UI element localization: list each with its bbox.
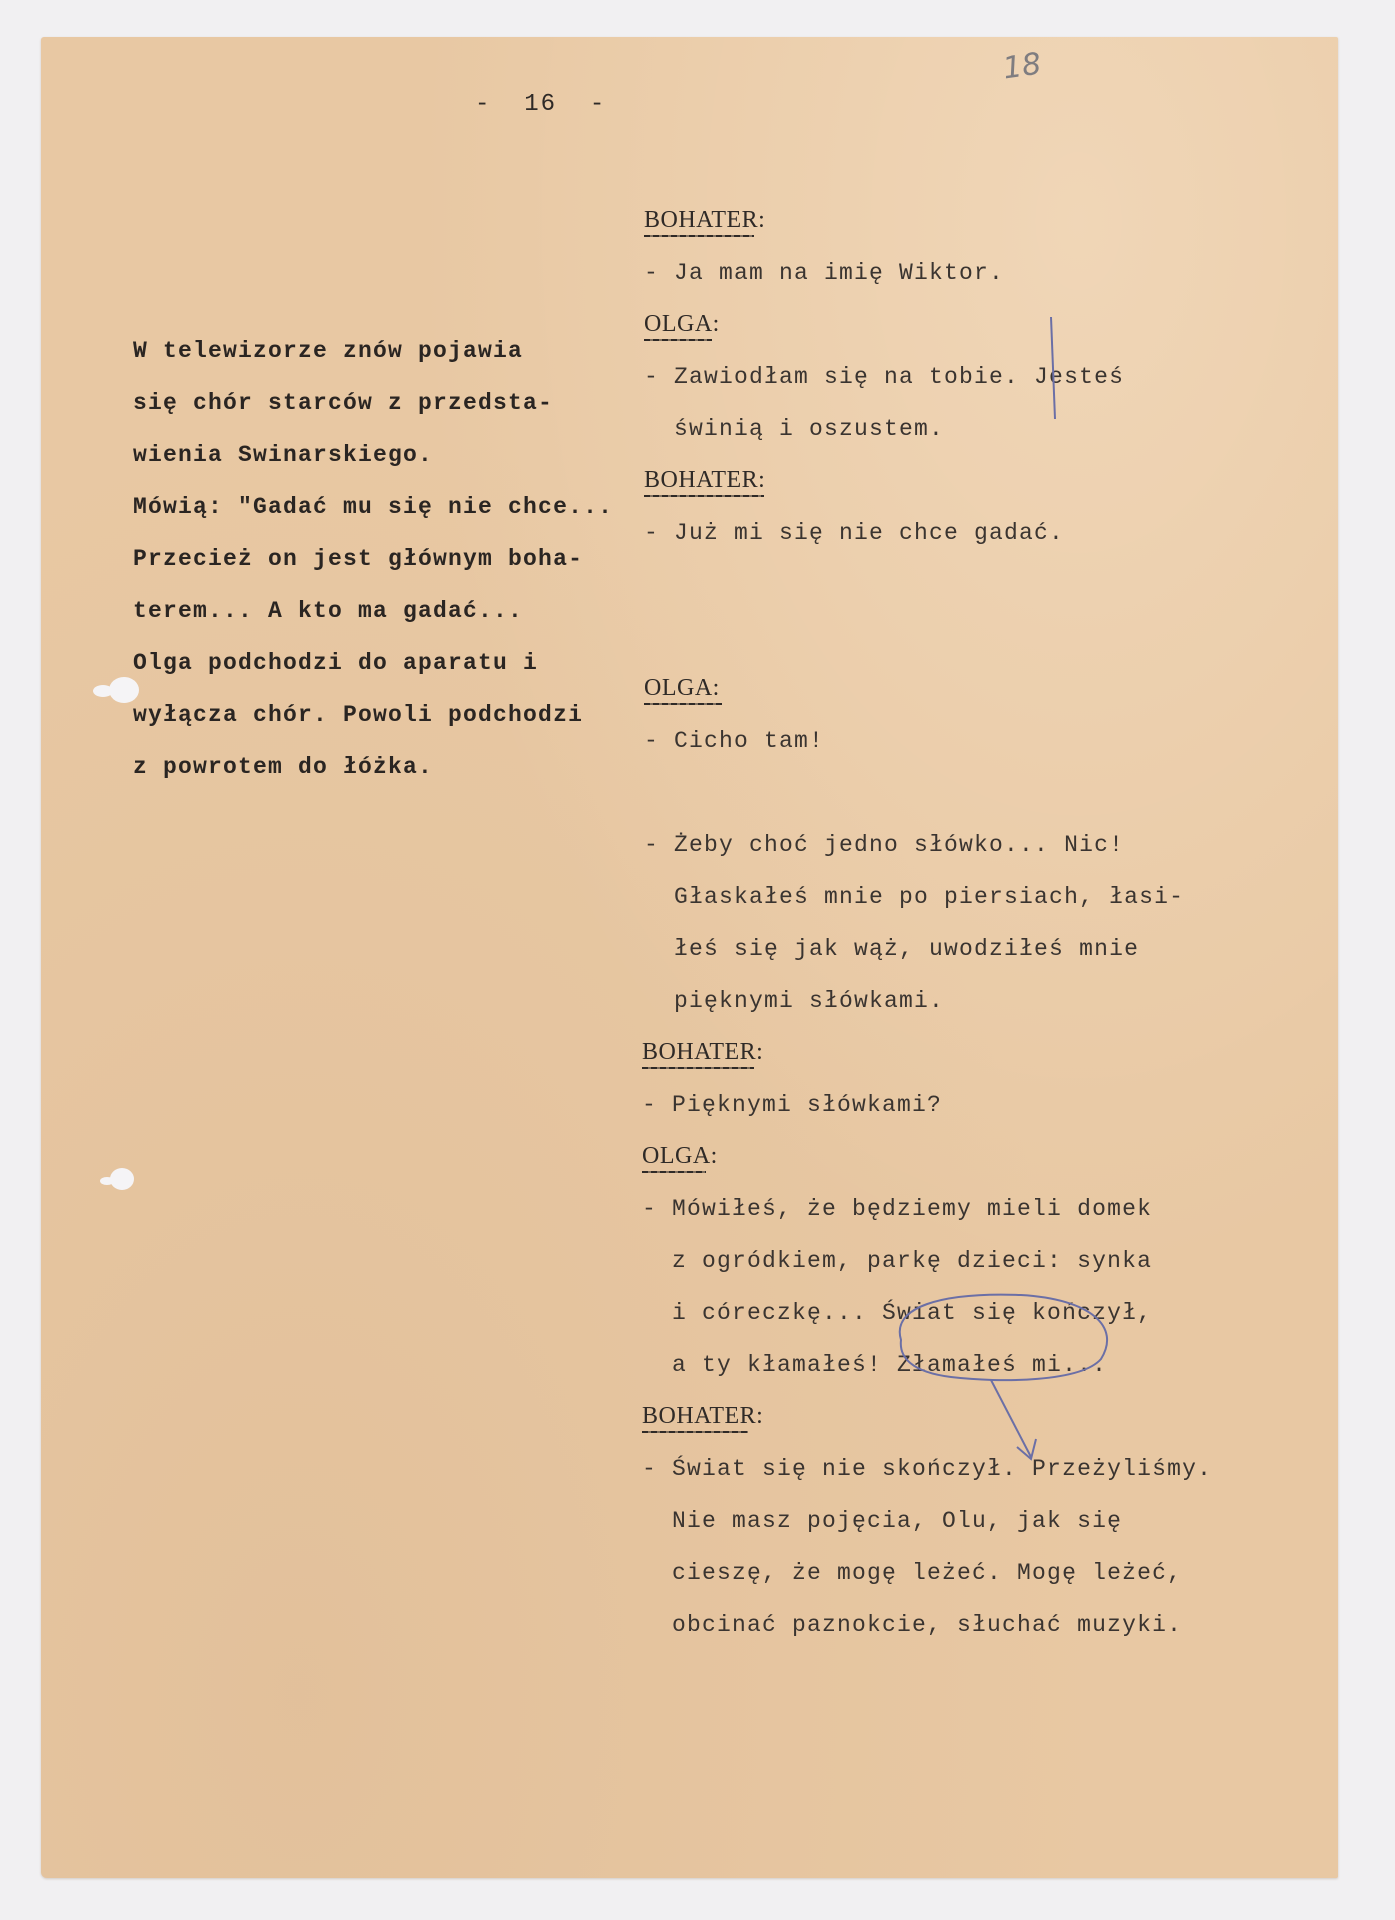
pen-annotations bbox=[41, 37, 1338, 1878]
typewritten-page: 18 - 16 - W telewizorze znów pojawia się… bbox=[41, 37, 1338, 1878]
pen-circle bbox=[900, 1295, 1107, 1380]
pen-arrow-line bbox=[991, 1380, 1031, 1457]
pen-vertical-mark bbox=[1051, 317, 1055, 419]
